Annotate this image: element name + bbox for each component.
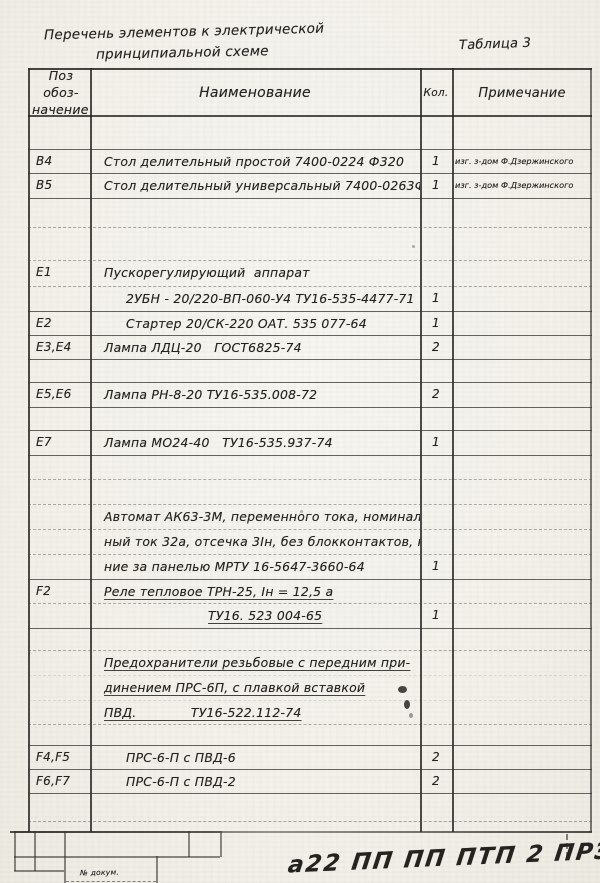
scanned-sheet: Перечень элементов к электрической принц… <box>0 0 600 883</box>
table-header-row: Поз обоз- начение Наименование Кол. Прим… <box>28 68 592 117</box>
cell-name: 2УБН - 20/220-ВП-060-У4 ТУ16-535-4477-71 <box>90 287 420 311</box>
cell-name: ТУ16. 523 004-65 <box>90 604 420 628</box>
table-row: ПВД. ТУ16-522.112-74 <box>28 701 592 725</box>
cell-note <box>452 770 592 793</box>
cell-name: ПРС-6-П с ПВД-6 <box>90 746 420 769</box>
cell-pos: F2 <box>28 580 90 603</box>
elements-table: Поз обоз- начение Наименование Кол. Прим… <box>28 68 592 832</box>
cell-qty <box>420 261 452 286</box>
cell-name: Лампа РН-8-20 ТУ16-535.008-72 <box>90 383 420 407</box>
cell-qty <box>420 580 452 603</box>
cell-pos <box>28 604 90 628</box>
table-row: Е3,Е4 Лампа ЛДЦ-20 ГОСТ6825-74 2 <box>28 336 592 360</box>
header-pos-line1: Поз обоз- <box>32 68 90 102</box>
cell-note <box>452 746 592 769</box>
cell-note <box>452 261 592 286</box>
page-title-line1: Перечень элементов к электрической <box>44 21 325 44</box>
cell-qty: 1 <box>420 150 452 173</box>
cell-name: Лампа МО24-40 ТУ16-535.937-74 <box>90 431 420 455</box>
cell-note <box>452 530 592 554</box>
drawing-designation: а22 ПП ПП ПТП 2 ПРЭ1 <box>286 837 600 878</box>
cell-qty: 1 <box>420 555 452 579</box>
title-block-stamp: № докум. <box>8 826 228 883</box>
table-row: Е7 Лампа МО24-40 ТУ16-535.937-74 1 <box>28 431 592 456</box>
cell-name: Реле тепловое ТРН-25, Iн = 12,5 а <box>90 580 420 603</box>
cell-qty <box>420 530 452 554</box>
cell-pos <box>28 676 90 700</box>
cell-pos <box>28 701 90 724</box>
cell-name: Предохранители резьбовые с передним при- <box>90 651 420 675</box>
table-row: Автомат АК63-3М, переменного тока, номин… <box>28 505 592 530</box>
scan-speckle <box>412 245 415 248</box>
cell-name: Пускорегулирующий аппарат <box>90 261 420 286</box>
cell-note <box>452 701 592 724</box>
cell-qty: 2 <box>420 770 452 793</box>
cell-name: Стартер 20/СК-220 ОАТ. 535 077-64 <box>90 312 420 335</box>
cell-name: Стол делительный универсальный 7400-0263… <box>90 174 420 198</box>
scan-speckle <box>409 713 413 718</box>
cell-qty <box>420 505 452 529</box>
cell-name: ние за панелью МРТУ 16-5647-3660-64 <box>90 555 420 579</box>
cell-qty: 2 <box>420 383 452 407</box>
cell-name: ПВД. ТУ16-522.112-74 <box>90 701 420 724</box>
cell-name: Автомат АК63-3М, переменного тока, номин… <box>90 505 420 529</box>
table-row: ТУ16. 523 004-65 1 <box>28 604 592 629</box>
cell-qty: 2 <box>420 336 452 359</box>
table-body: В4 Стол делительный простой 7400-0224 Ф3… <box>28 115 592 822</box>
table-row <box>28 725 592 746</box>
cell-pos <box>28 651 90 675</box>
cell-pos: F4,F5 <box>28 746 90 769</box>
table-row: F2 Реле тепловое ТРН-25, Iн = 12,5 а <box>28 580 592 604</box>
cell-pos: В4 <box>28 150 90 173</box>
cell-pos <box>28 505 90 529</box>
table-row <box>28 115 592 150</box>
cell-pos: Е5,Е6 <box>28 383 90 407</box>
cell-qty: 1 <box>420 604 452 628</box>
table-row <box>28 480 592 505</box>
table-row: В4 Стол делительный простой 7400-0224 Ф3… <box>28 150 592 174</box>
table-row: Предохранители резьбовые с передним при- <box>28 651 592 676</box>
header-note: Примечание <box>452 68 592 119</box>
table-row: Е1 Пускорегулирующий аппарат <box>28 261 592 287</box>
doc-number-label: № докум. <box>80 868 119 878</box>
table-row: F4,F5 ПРС-6-П с ПВД-6 2 <box>28 746 592 770</box>
cell-note <box>452 604 592 628</box>
cell-name: Стол делительный простой 7400-0224 Ф320 <box>90 150 420 173</box>
cell-name: Лампа ЛДЦ-20 ГОСТ6825-74 <box>90 336 420 359</box>
cell-note: изг. з-дом Ф.Дзержинского <box>452 174 592 198</box>
header-name: Наименование <box>90 68 420 119</box>
cell-note <box>452 287 592 311</box>
table-row: ние за панелью МРТУ 16-5647-3660-64 1 <box>28 555 592 580</box>
cell-note <box>452 312 592 335</box>
cell-note: изг. з-дом Ф.Дзержинского <box>452 150 592 173</box>
cell-note <box>452 580 592 603</box>
cell-qty: 1 <box>420 431 452 455</box>
cell-note <box>452 555 592 579</box>
cell-note <box>452 383 592 407</box>
header-qty: Кол. <box>420 68 452 119</box>
cell-pos <box>28 555 90 579</box>
table-row: динением ПРС-6П, с плавкой вставкой <box>28 676 592 701</box>
table-row: В5 Стол делительный универсальный 7400-0… <box>28 174 592 199</box>
cell-note <box>452 431 592 455</box>
table-row <box>28 199 592 228</box>
cell-pos: Е1 <box>28 261 90 286</box>
table-row: Е2 Стартер 20/СК-220 ОАТ. 535 077-64 1 <box>28 312 592 336</box>
cell-name: ПРС-6-П с ПВД-2 <box>90 770 420 793</box>
cell-note <box>452 336 592 359</box>
table-row <box>28 360 592 383</box>
cell-name: ный ток 32а, отсечка 3Iн, без блокконтак… <box>90 530 420 554</box>
header-pos: Поз обоз- начение <box>28 68 90 119</box>
cell-note <box>452 505 592 529</box>
cell-qty: 2 <box>420 746 452 769</box>
table-caption: Таблица 3 <box>459 36 532 54</box>
cell-pos <box>28 287 90 311</box>
page-title-line2: принципиальной схеме <box>96 43 269 63</box>
scan-speckle <box>404 700 410 709</box>
cell-pos <box>28 530 90 554</box>
cell-pos: В5 <box>28 174 90 198</box>
table-row <box>28 228 592 261</box>
table-row <box>28 794 592 822</box>
cell-qty <box>420 701 452 724</box>
cell-qty: 1 <box>420 174 452 198</box>
table-row <box>28 629 592 651</box>
table-row <box>28 456 592 480</box>
cell-qty: 1 <box>420 287 452 311</box>
cell-note <box>452 651 592 675</box>
cell-qty: 1 <box>420 312 452 335</box>
cell-qty <box>420 676 452 700</box>
table-row <box>28 408 592 431</box>
cell-pos: Е3,Е4 <box>28 336 90 359</box>
table-row: F6,F7 ПРС-6-П с ПВД-2 2 <box>28 770 592 794</box>
cell-note <box>452 676 592 700</box>
scan-speckle <box>398 686 407 693</box>
table-row: 2УБН - 20/220-ВП-060-У4 ТУ16-535-4477-71… <box>28 287 592 312</box>
table-row: Е5,Е6 Лампа РН-8-20 ТУ16-535.008-72 2 <box>28 383 592 408</box>
cell-qty <box>420 651 452 675</box>
table-row: ный ток 32а, отсечка 3Iн, без блокконтак… <box>28 530 592 555</box>
cell-name: динением ПРС-6П, с плавкой вставкой <box>90 676 420 700</box>
cell-pos: F6,F7 <box>28 770 90 793</box>
cell-pos: Е7 <box>28 431 90 455</box>
cell-pos: Е2 <box>28 312 90 335</box>
scan-speckle <box>300 510 303 513</box>
